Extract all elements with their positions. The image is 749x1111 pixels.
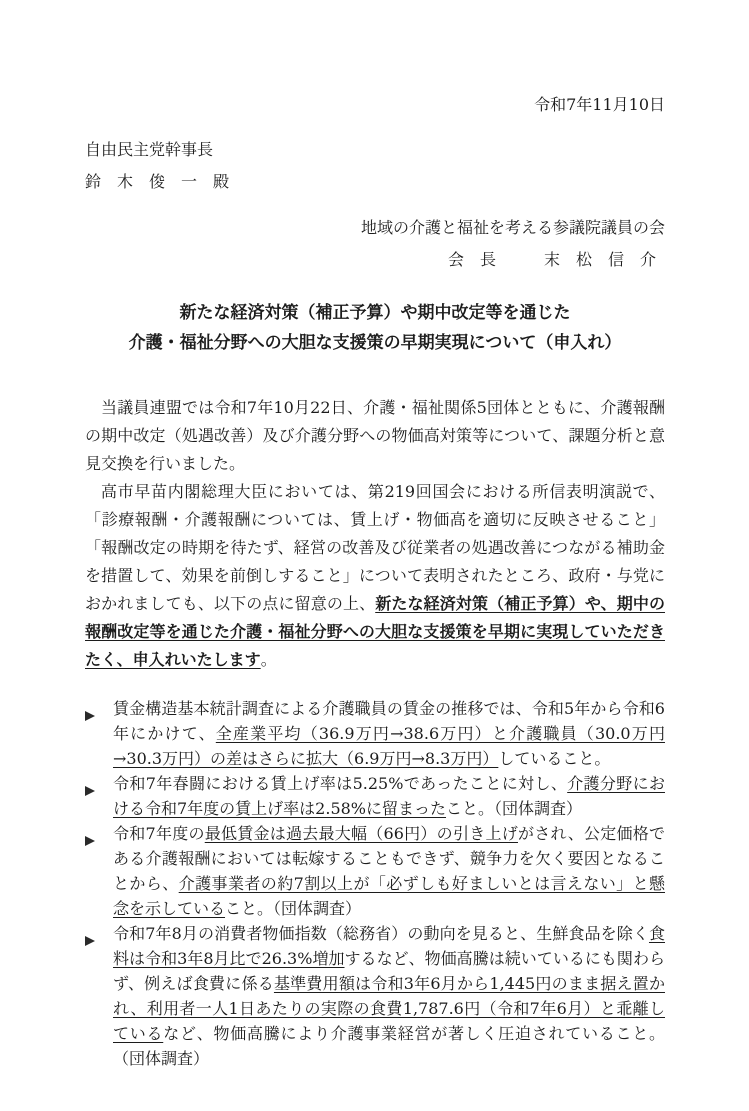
- bullet-text: 令和7年度の最低賃金は過去最大幅（66円）の引き上げがされ、公定価格である介護報…: [113, 821, 665, 921]
- bullet-list: 賃金構造基本統計調査による介護職員の賃金の推移では、令和5年から令和6年にかけて…: [85, 696, 665, 1071]
- bullet-arrow-icon: [85, 771, 113, 803]
- sender-name: 末 松 信 介: [544, 250, 656, 269]
- bullet-text: 賃金構造基本統計調査による介護職員の賃金の推移では、令和5年から令和6年にかけて…: [113, 696, 665, 771]
- paragraph-intro-text: 当議員連盟では令和7年10月22日、介護・福祉関係5団体とともに、介護報酬の期中…: [85, 398, 665, 473]
- bullet-segment: こと。（団体調査）: [225, 899, 361, 918]
- bullet-item-wages-gap: 賃金構造基本統計調査による介護職員の賃金の推移では、令和5年から令和6年にかけて…: [85, 696, 665, 771]
- document-title-line1: 新たな経済対策（補正予算）や期中改定等を通じた: [180, 303, 571, 323]
- bullet-item-price-inflation: 令和7年8月の消費者物価指数（総務省）の動向を見ると、生鮮食品を除く食料は令和3…: [85, 921, 665, 1071]
- sender-block: 地域の介護と福祉を考える参議院議員の会 会 長末 松 信 介: [85, 212, 665, 276]
- bullet-segment: 令和7年春闘における賃上げ率は5.25%であったことに対し、: [113, 774, 567, 793]
- sender-role-line: 会 長末 松 信 介: [85, 244, 665, 276]
- bullet-arrow-icon: [85, 821, 113, 853]
- document-date: 令和7年11月10日: [85, 96, 665, 114]
- bullet-text: 令和7年春闘における賃上げ率は5.25%であったことに対し、介護分野における令和…: [113, 771, 665, 821]
- bullet-arrow-icon: [85, 696, 113, 728]
- document-title: 新たな経済対策（補正予算）や期中改定等を通じた 介護・福祉分野への大胆な支援策の…: [85, 298, 665, 358]
- paragraph-intro: 当議員連盟では令和7年10月22日、介護・福祉関係5団体とともに、介護報酬の期中…: [85, 394, 665, 478]
- body-text: 当議員連盟では令和7年10月22日、介護・福祉関係5団体とともに、介護報酬の期中…: [85, 394, 665, 674]
- bullet-item-minimum-wage: 令和7年度の最低賃金は過去最大幅（66円）の引き上げがされ、公定価格である介護報…: [85, 821, 665, 921]
- underlined-segment: 最低賃金は過去最大幅（66円）の引き上げ: [205, 824, 518, 843]
- document-page: 令和7年11月10日 自由民主党幹事長 鈴 木 俊 一 殿 地域の介護と福祉を考…: [0, 0, 749, 1111]
- bullet-segment: 令和7年8月の消費者物価指数（総務省）の動向を見ると、生鮮食品を除く: [113, 924, 649, 943]
- recipient-name: 鈴 木 俊 一 殿: [85, 166, 665, 198]
- recipient-title: 自由民主党幹事長: [85, 134, 665, 166]
- bullet-segment: していること。: [498, 749, 610, 768]
- bullet-item-wage-increase-rate: 令和7年春闘における賃上げ率は5.25%であったことに対し、介護分野における令和…: [85, 771, 665, 821]
- sender-organization: 地域の介護と福祉を考える参議院議員の会: [85, 212, 665, 244]
- bullet-arrow-icon: [85, 921, 113, 953]
- underlined-segment: 介護事業者の約7割以上が「必ずしも好ましいとは言えない」と懸念を示している: [113, 874, 665, 918]
- bullet-segment: など、物価高騰により介護事業経営が著しく圧迫されていること。（団体調査）: [113, 1024, 665, 1068]
- bullet-segment: 令和7年度の: [113, 824, 205, 843]
- sender-role: 会 長: [448, 250, 496, 269]
- bullet-segment: こと。（団体調査）: [446, 799, 582, 818]
- recipient-block: 自由民主党幹事長 鈴 木 俊 一 殿: [85, 134, 665, 198]
- paragraph-request: 高市早苗内閣総理大臣においては、第219回国会における所信表明演説で、「診療報酬…: [85, 478, 665, 674]
- paragraph-request-tail: 。: [261, 650, 277, 669]
- bullet-text: 令和7年8月の消費者物価指数（総務省）の動向を見ると、生鮮食品を除く食料は令和3…: [113, 921, 665, 1071]
- document-title-line2: 介護・福祉分野への大胆な支援策の早期実現について（申入れ）: [129, 333, 622, 353]
